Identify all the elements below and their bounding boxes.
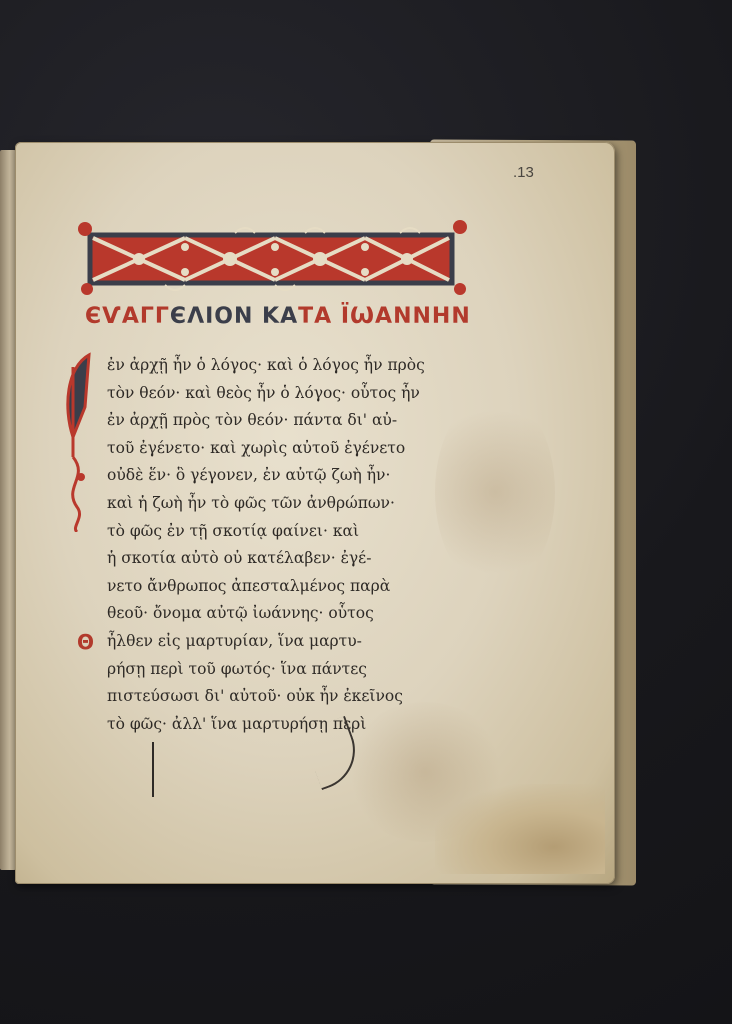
- text-line: ἐν ἀρχῇ πρὸς τὸν θεόν· πάντα δι' αὐ-: [107, 407, 487, 435]
- title-dark-part: ЄΛΙΟΝ ΚΑ: [170, 304, 298, 329]
- text-line: οὐδὲ ἕν· ὃ γέγονεν, ἐν αὐτῷ ζωὴ ἦν·: [107, 462, 487, 490]
- text-line: θεοῦ· ὄνομα αὐτῷ ἰωάννης· οὗτος: [107, 600, 487, 628]
- text-line: τὸν θεόν· καὶ θεὸς ἦν ὁ λόγος· οὗτος ἦν: [107, 380, 487, 408]
- text-line: ρήσῃ περὶ τοῦ φωτός· ἵνα πάντες: [107, 656, 487, 684]
- text-line: τοῦ ἐγένετο· καὶ χωρὶς αὐτοῦ ἐγένετο: [107, 435, 487, 463]
- left-page-edge: [0, 150, 16, 870]
- text-line: ἡ σκοτία αὐτὸ οὐ κατέλαβεν· ἐγέ-: [107, 545, 487, 573]
- ornamental-headpiece: [75, 217, 470, 297]
- text-line: νετο ἄνθρωπος ἀπεσταλμένος παρὰ: [107, 573, 487, 601]
- text-line: πιστεύσωσι δι' αὐτοῦ· οὐκ ἦν ἐκεῖνος: [107, 683, 487, 711]
- manuscript-page: .13 ЄѴΑΓΓЄΛΙΟΝ ΚΑΤΑ ΪѠΑΝΝΗΝ Θ: [15, 142, 615, 884]
- marginal-red-letter: Θ: [77, 630, 94, 654]
- title-red-part: ЄѴΑΓΓ: [85, 304, 170, 329]
- decorated-initial: [59, 347, 99, 532]
- text-line: τὸ φῶς· ἀλλ' ἵνα μαρτυρήσῃ περὶ: [107, 711, 487, 739]
- title-red-part-2: ΤΑ ΪѠΑΝΝΗΝ: [298, 304, 471, 329]
- text-line: καὶ ἡ ζωὴ ἦν τὸ φῶς τῶν ἀνθρώπων·: [107, 490, 487, 518]
- gospel-title: ЄѴΑΓΓЄΛΙΟΝ ΚΑΤΑ ΪѠΑΝΝΗΝ: [85, 304, 471, 329]
- folio-number: .13: [513, 164, 534, 181]
- manuscript-text-block: ἐν ἀρχῇ ἦν ὁ λόγος· καὶ ὁ λόγος ἦν πρὸς …: [107, 352, 487, 738]
- text-line: ἐν ἀρχῇ ἦν ὁ λόγος· καὶ ὁ λόγος ἦν πρὸς: [107, 352, 487, 380]
- ink-descender-stroke: [152, 742, 154, 797]
- text-line: τὸ φῶς ἐν τῇ σκοτίᾳ φαίνει· καὶ: [107, 518, 487, 546]
- damaged-corner: [435, 784, 605, 874]
- text-line: ἦλθεν εἰς μαρτυρίαν, ἵνα μαρτυ-: [107, 628, 487, 656]
